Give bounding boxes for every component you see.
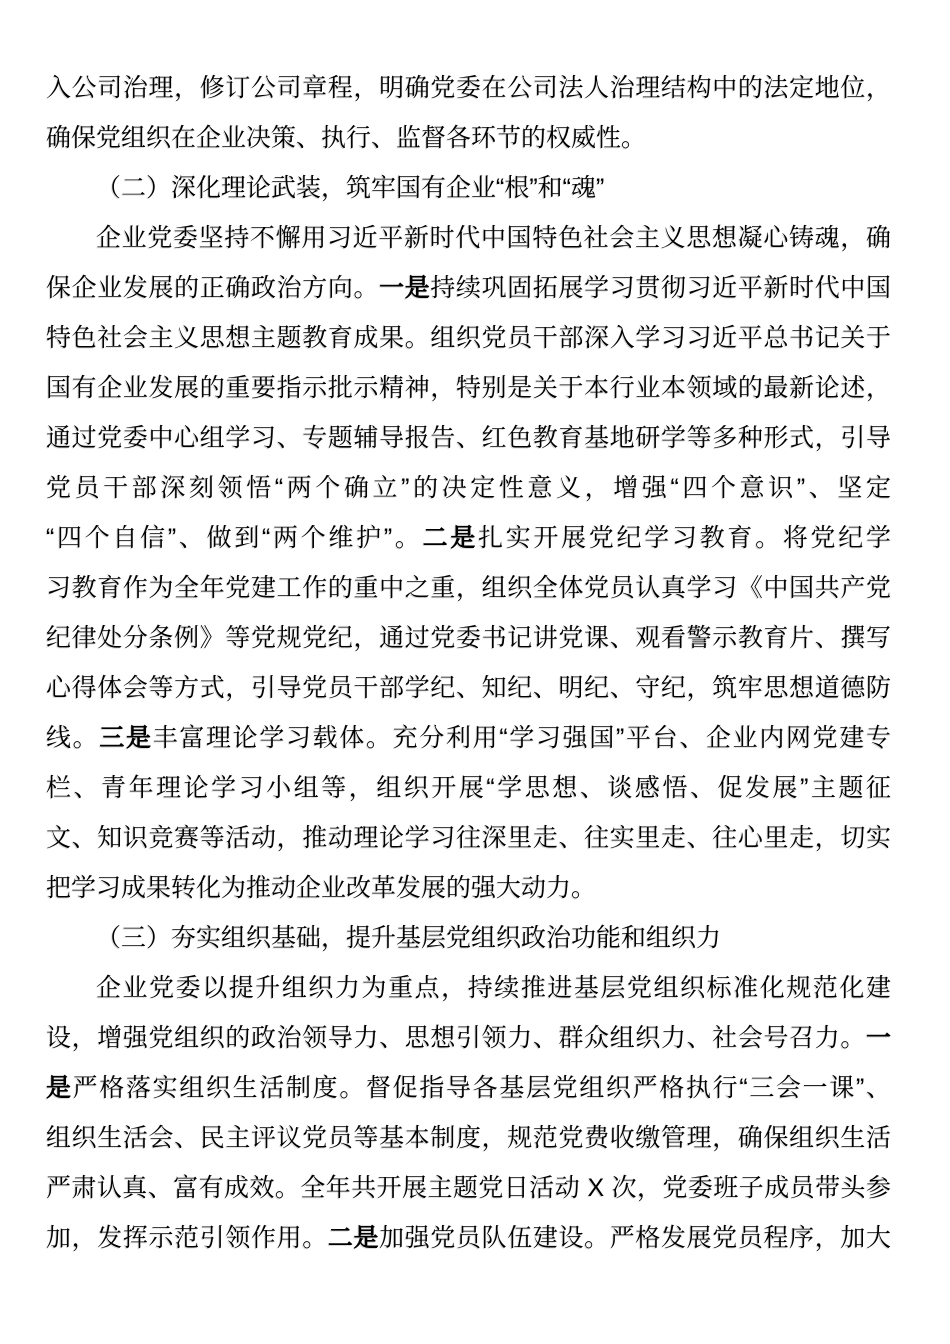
- line-text: 把学习成果转化为推动企业改革发展的强大动力。: [46, 874, 596, 902]
- line-bold-text: 一是: [379, 274, 430, 302]
- line-text: 保企业发展的正确政治方向。: [46, 274, 379, 302]
- line-bold-text: 二是: [328, 1224, 379, 1252]
- text-line: 国有企业发展的重要指示批示精神，特别是关于本行业本领域的最新论述，: [46, 363, 891, 413]
- text-line: 加，发挥示范引领作用。二是加强党员队伍建设。严格发展党员程序，加大: [46, 1213, 891, 1263]
- line-text: 企业党委以提升组织力为重点，持续推进基层党组织标准化规范化建: [96, 974, 891, 1002]
- text-line: 入公司治理，修订公司章程，明确党委在公司法人治理结构中的法定地位，: [46, 63, 891, 113]
- line-text: 入公司治理，修订公司章程，明确党委在公司法人治理结构中的法定地位，: [46, 74, 891, 102]
- document-page: 入公司治理，修订公司章程，明确党委在公司法人治理结构中的法定地位， 确保党组织在…: [0, 0, 950, 1263]
- line-text: （二）深化理论武装，筑牢国有企业“根”和“魂”: [96, 174, 604, 202]
- line-text: 栏、青年理论学习小组等，组织开展“学思想、谈感悟、促发展”主题征: [46, 774, 891, 802]
- text-line: “四个自信”、做到“两个维护”。二是扎实开展党纪学习教育。将党纪学: [46, 513, 891, 563]
- text-line: 线。三是丰富理论学习载体。充分利用“学习强国”平台、企业内网党建专: [46, 713, 891, 763]
- line-bold-text: 一: [866, 1024, 891, 1052]
- line-text: “四个自信”、做到“两个维护”。: [46, 524, 423, 552]
- line-text: （三）夯实组织基础，提升基层党组织政治功能和组织力: [96, 924, 721, 952]
- line-text: 严肃认真、富有成效。全年共开展主题党日活动 X 次，党委班子成员带头参: [46, 1174, 891, 1202]
- line-text: 丰富理论学习载体。充分利用“学习强国”平台、企业内网党建专: [153, 724, 891, 752]
- line-text: 心得体会等方式，引导党员干部学纪、知纪、明纪、守纪，筑牢思想道德防: [46, 674, 891, 702]
- text-line: 习教育作为全年党建工作的重中之重，组织全体党员认真学习《中国共产党: [46, 563, 891, 613]
- section-heading: （二）深化理论武装，筑牢国有企业“根”和“魂”: [46, 163, 891, 213]
- text-line: 确保党组织在企业决策、执行、监督各环节的权威性。: [46, 113, 891, 163]
- line-text: 加强党员队伍建设。严格发展党员程序，加大: [379, 1224, 891, 1252]
- text-line: 党员干部深刻领悟“两个确立”的决定性意义，增强“四个意识”、坚定: [46, 463, 891, 513]
- line-text: 组织生活会、民主评议党员等基本制度，规范党费收缴管理，确保组织生活: [46, 1124, 891, 1152]
- text-line: 严肃认真、富有成效。全年共开展主题党日活动 X 次，党委班子成员带头参: [46, 1163, 891, 1213]
- line-text: 企业党委坚持不懈用习近平新时代中国特色社会主义思想凝心铸魂，确: [96, 224, 891, 252]
- line-text: 线。: [46, 724, 99, 752]
- text-line: 纪律处分条例》等党规党纪，通过党委书记讲党课、观看警示教育片、撰写: [46, 613, 891, 663]
- line-text: 通过党委中心组学习、专题辅导报告、红色教育基地研学等多种形式，引导: [46, 424, 891, 452]
- text-line: 把学习成果转化为推动企业改革发展的强大动力。: [46, 863, 891, 913]
- line-bold-text: 二是: [423, 524, 478, 552]
- line-text: 习教育作为全年党建工作的重中之重，组织全体党员认真学习《中国共产党: [46, 574, 891, 602]
- section-heading: （三）夯实组织基础，提升基层党组织政治功能和组织力: [46, 913, 891, 963]
- text-line: 是严格落实组织生活制度。督促指导各基层党组织严格执行“三会一课”、: [46, 1063, 891, 1113]
- line-text: 持续巩固拓展学习贯彻习近平新时代中国: [430, 274, 891, 302]
- line-text: 党员干部深刻领悟“两个确立”的决定性意义，增强“四个意识”、坚定: [46, 474, 891, 502]
- line-text: 确保党组织在企业决策、执行、监督各环节的权威性。: [46, 124, 646, 152]
- line-bold-text: 三是: [99, 724, 152, 752]
- text-line: 栏、青年理论学习小组等，组织开展“学思想、谈感悟、促发展”主题征: [46, 763, 891, 813]
- line-text: 特色社会主义思想主题教育成果。组织党员干部深入学习习近平总书记关于: [46, 324, 891, 352]
- line-text: 纪律处分条例》等党规党纪，通过党委书记讲党课、观看警示教育片、撰写: [46, 624, 891, 652]
- line-text: 文、知识竞赛等活动，推动理论学习往深里走、往实里走、往心里走，切实: [46, 824, 891, 852]
- line-text: 加，发挥示范引领作用。: [46, 1224, 328, 1252]
- line-text: 扎实开展党纪学习教育。将党纪学: [478, 524, 891, 552]
- text-line: 设，增强党组织的政治领导力、思想引领力、群众组织力、社会号召力。一: [46, 1013, 891, 1063]
- line-text: 严格落实组织生活制度。督促指导各基层党组织严格执行“三会一课”、: [73, 1074, 891, 1102]
- line-text: 设，增强党组织的政治领导力、思想引领力、群众组织力、社会号召力。: [46, 1024, 866, 1052]
- text-line: 企业党委坚持不懈用习近平新时代中国特色社会主义思想凝心铸魂，确: [46, 213, 891, 263]
- text-line: 组织生活会、民主评议党员等基本制度，规范党费收缴管理，确保组织生活: [46, 1113, 891, 1163]
- line-text: 国有企业发展的重要指示批示精神，特别是关于本行业本领域的最新论述，: [46, 374, 891, 402]
- text-line: 特色社会主义思想主题教育成果。组织党员干部深入学习习近平总书记关于: [46, 313, 891, 363]
- text-line: 通过党委中心组学习、专题辅导报告、红色教育基地研学等多种形式，引导: [46, 413, 891, 463]
- line-bold-text: 是: [46, 1074, 73, 1102]
- text-line: 心得体会等方式，引导党员干部学纪、知纪、明纪、守纪，筑牢思想道德防: [46, 663, 891, 713]
- text-line: 文、知识竞赛等活动，推动理论学习往深里走、往实里走、往心里走，切实: [46, 813, 891, 863]
- text-line: 企业党委以提升组织力为重点，持续推进基层党组织标准化规范化建: [46, 963, 891, 1013]
- text-line: 保企业发展的正确政治方向。一是持续巩固拓展学习贯彻习近平新时代中国: [46, 263, 891, 313]
